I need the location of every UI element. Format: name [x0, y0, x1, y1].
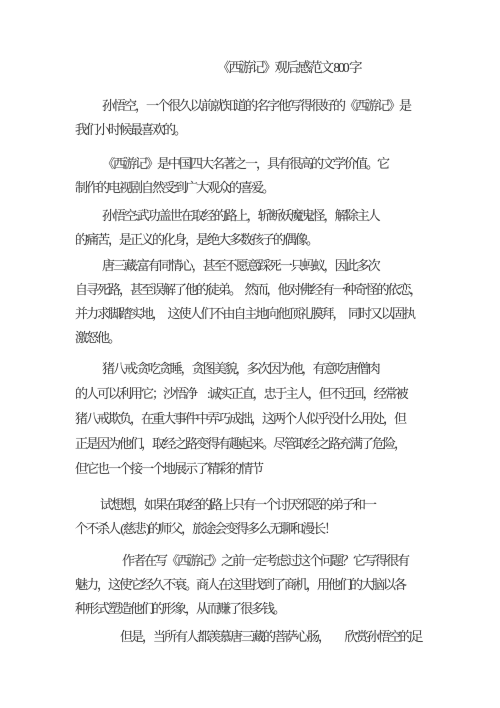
paragraph-intro: 孙悟空，一个很久以前就知道的名字他写得很好的《西游记》是 我们小时候最喜欢的。 — [75, 94, 431, 142]
document-page: 《西游记》观后感范文 800 字 孙悟空，一个很久以前就知道的名字他写得很好的《… — [0, 0, 500, 708]
paragraph-tang-sanzang: 唐三藏:富有同情心，甚至不愿意踩死一只蚂蚁，因此多次 自寻死路，甚至误解了他的徒… — [75, 254, 431, 350]
paragraph-author: 作者在写《西游记》之前一定考虑过这个问题？它写得很有 魅力，这使它经久不衰。商人… — [75, 549, 431, 621]
paragraph-sun-wukong: 孙悟空:武功盖世在取经的路上，斩断妖魔鬼怪，解除主人 的痛苦，是正义的化身，是绝… — [75, 204, 431, 252]
paragraph-closing: 但是，当所有人都羡慕唐三藏的菩萨心肠， 欣赏孙悟空的足 — [75, 625, 431, 649]
document-title: 《西游记》观后感范文 800 字 — [75, 56, 500, 80]
paragraph-imagine: 试想想，如果在取经的路上只有一个讨厌邪恶的弟子和一 个不杀人 (慈悲 )的师父，… — [75, 493, 431, 541]
paragraph-zhu-bajie-sha-wujing: 猪八戒:贪吃贪睡，贪图美貌，多次因为他，有意吃唐僧肉 的人可以利用它；沙悟净 :… — [75, 356, 431, 481]
paragraph-four-classics: 《西游记》是中国四大名著之一，具有很高的文学价值。它 制作的电视剧自然受到广大观… — [75, 152, 431, 200]
